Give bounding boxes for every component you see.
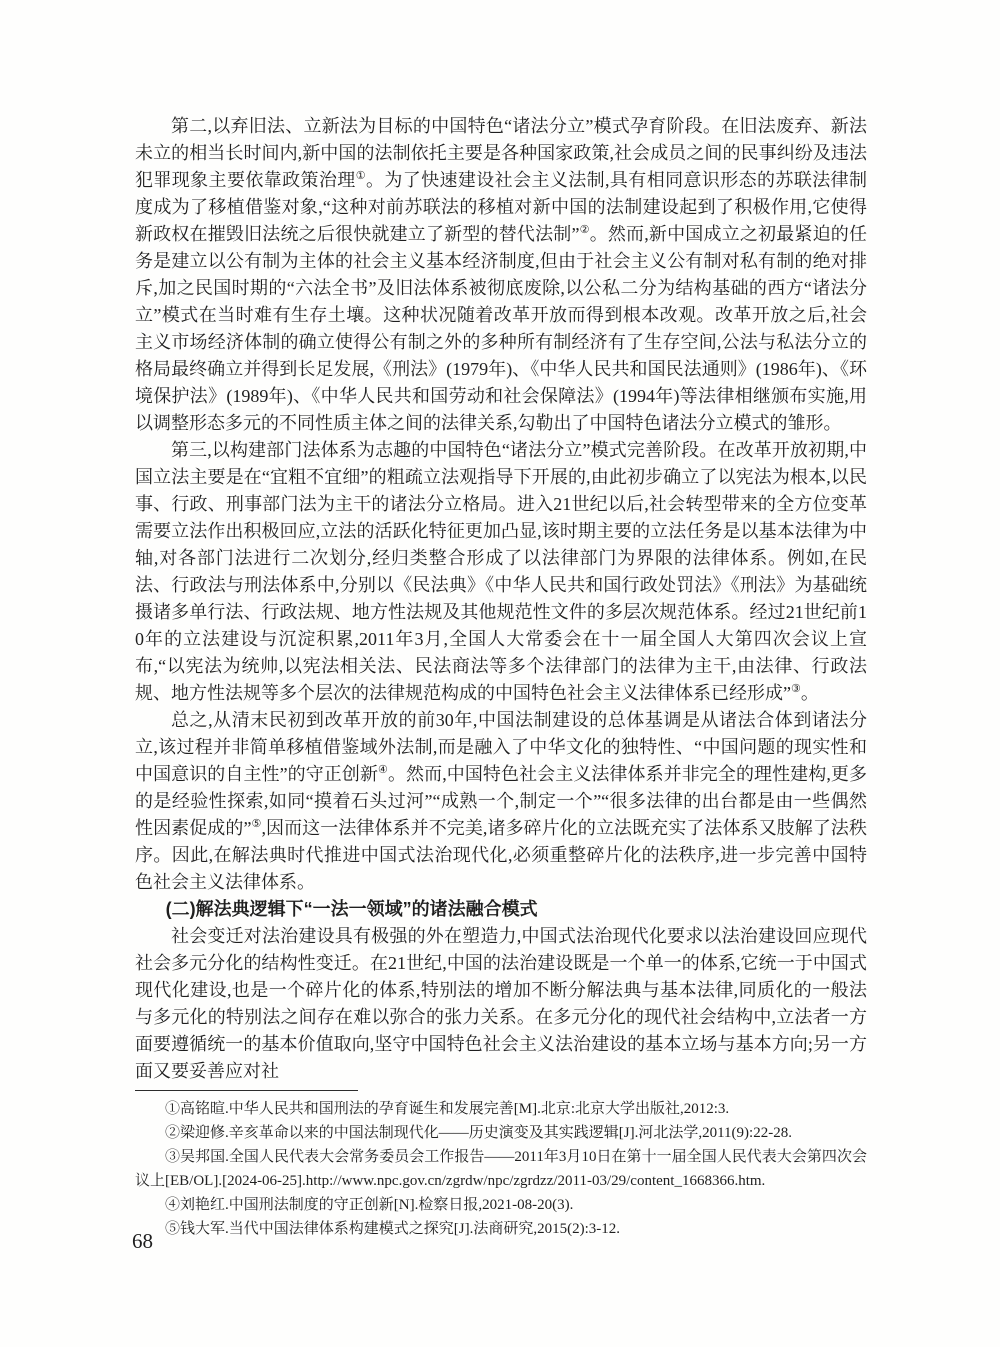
footnote-item: ②梁迎修.辛亥革命以来的中国法制现代化——历史演变及其实践逻辑[J].河北法学,…: [135, 1121, 867, 1145]
footnote-item: ①高铭暄.中华人民共和国刑法的孕育诞生和发展完善[M].北京:北京大学出版社,2…: [135, 1097, 867, 1121]
section-heading: (二)解法典逻辑下“一法一领域”的诸法融合模式: [135, 896, 867, 923]
article-body: 第二,以弃旧法、立新法为目标的中国特色“诸法分立”模式孕育阶段。在旧法废弃、新法…: [135, 113, 867, 1085]
footnote-marker: ⑤: [165, 1221, 180, 1237]
footnote-marker: ①: [165, 1101, 180, 1117]
footnote-text: 吴邦国.全国人民代表大会常务委员会工作报告——2011年3月10日在第十一届全国…: [135, 1149, 867, 1189]
footnote-item: ④刘艳红.中国刑法制度的守正创新[N].检察日报,2021-08-20(3).: [135, 1193, 867, 1217]
footnote-item: ③吴邦国.全国人民代表大会常务委员会工作报告——2011年3月10日在第十一届全…: [135, 1145, 867, 1193]
footnote-ref-mark: ④: [378, 764, 388, 776]
body-paragraph: 总之,从清末民初到改革开放的前30年,中国法制建设的总体基调是从诸法合体到诸法分…: [135, 707, 867, 896]
footnote-ref-mark: ②: [579, 224, 589, 236]
footnote-marker: ④: [165, 1197, 180, 1213]
footnote-list: ①高铭暄.中华人民共和国刑法的孕育诞生和发展完善[M].北京:北京大学出版社,2…: [135, 1097, 867, 1241]
page-number: 68: [132, 1226, 153, 1256]
body-paragraph: 第二,以弃旧法、立新法为目标的中国特色“诸法分立”模式孕育阶段。在旧法废弃、新法…: [135, 113, 867, 437]
footnote-text: 高铭暄.中华人民共和国刑法的孕育诞生和发展完善[M].北京:北京大学出版社,20…: [180, 1101, 729, 1117]
text-run: 。: [801, 683, 819, 703]
footnote-text: 钱大军.当代中国法律体系构建模式之探究[J].法商研究,2015(2):3-12…: [180, 1221, 620, 1237]
text-run: 第三,以构建部门法体系为志趣的中国特色“诸法分立”模式完善阶段。在改革开放初期,…: [135, 440, 867, 703]
footnote-text: 梁迎修.辛亥革命以来的中国法制现代化——历史演变及其实践逻辑[J].河北法学,2…: [180, 1125, 792, 1141]
footnote-separator: [135, 1090, 358, 1091]
footnote-item: ⑤钱大军.当代中国法律体系构建模式之探究[J].法商研究,2015(2):3-1…: [135, 1217, 867, 1241]
journal-page: 第二,以弃旧法、立新法为目标的中国特色“诸法分立”模式孕育阶段。在旧法废弃、新法…: [0, 0, 1000, 1347]
footnote-marker: ③: [165, 1149, 180, 1165]
text-run: 。然而,新中国成立之初最紧迫的任务是建立以公有制为主体的社会主义基本经济制度,但…: [135, 224, 867, 433]
footnote-ref-mark: ⑤: [251, 818, 261, 830]
body-paragraph: 第三,以构建部门法体系为志趣的中国特色“诸法分立”模式完善阶段。在改革开放初期,…: [135, 437, 867, 707]
footnote-text: 刘艳红.中国刑法制度的守正创新[N].检察日报,2021-08-20(3).: [180, 1197, 573, 1213]
footnote-marker: ②: [165, 1125, 180, 1141]
body-paragraph: 社会变迁对法治建设具有极强的外在塑造力,中国式法治现代化要求以法治建设回应现代社…: [135, 923, 867, 1085]
footnote-ref-mark: ③: [791, 683, 801, 695]
text-run: 社会变迁对法治建设具有极强的外在塑造力,中国式法治现代化要求以法治建设回应现代社…: [135, 926, 867, 1081]
footnote-ref-mark: ①: [356, 170, 366, 182]
